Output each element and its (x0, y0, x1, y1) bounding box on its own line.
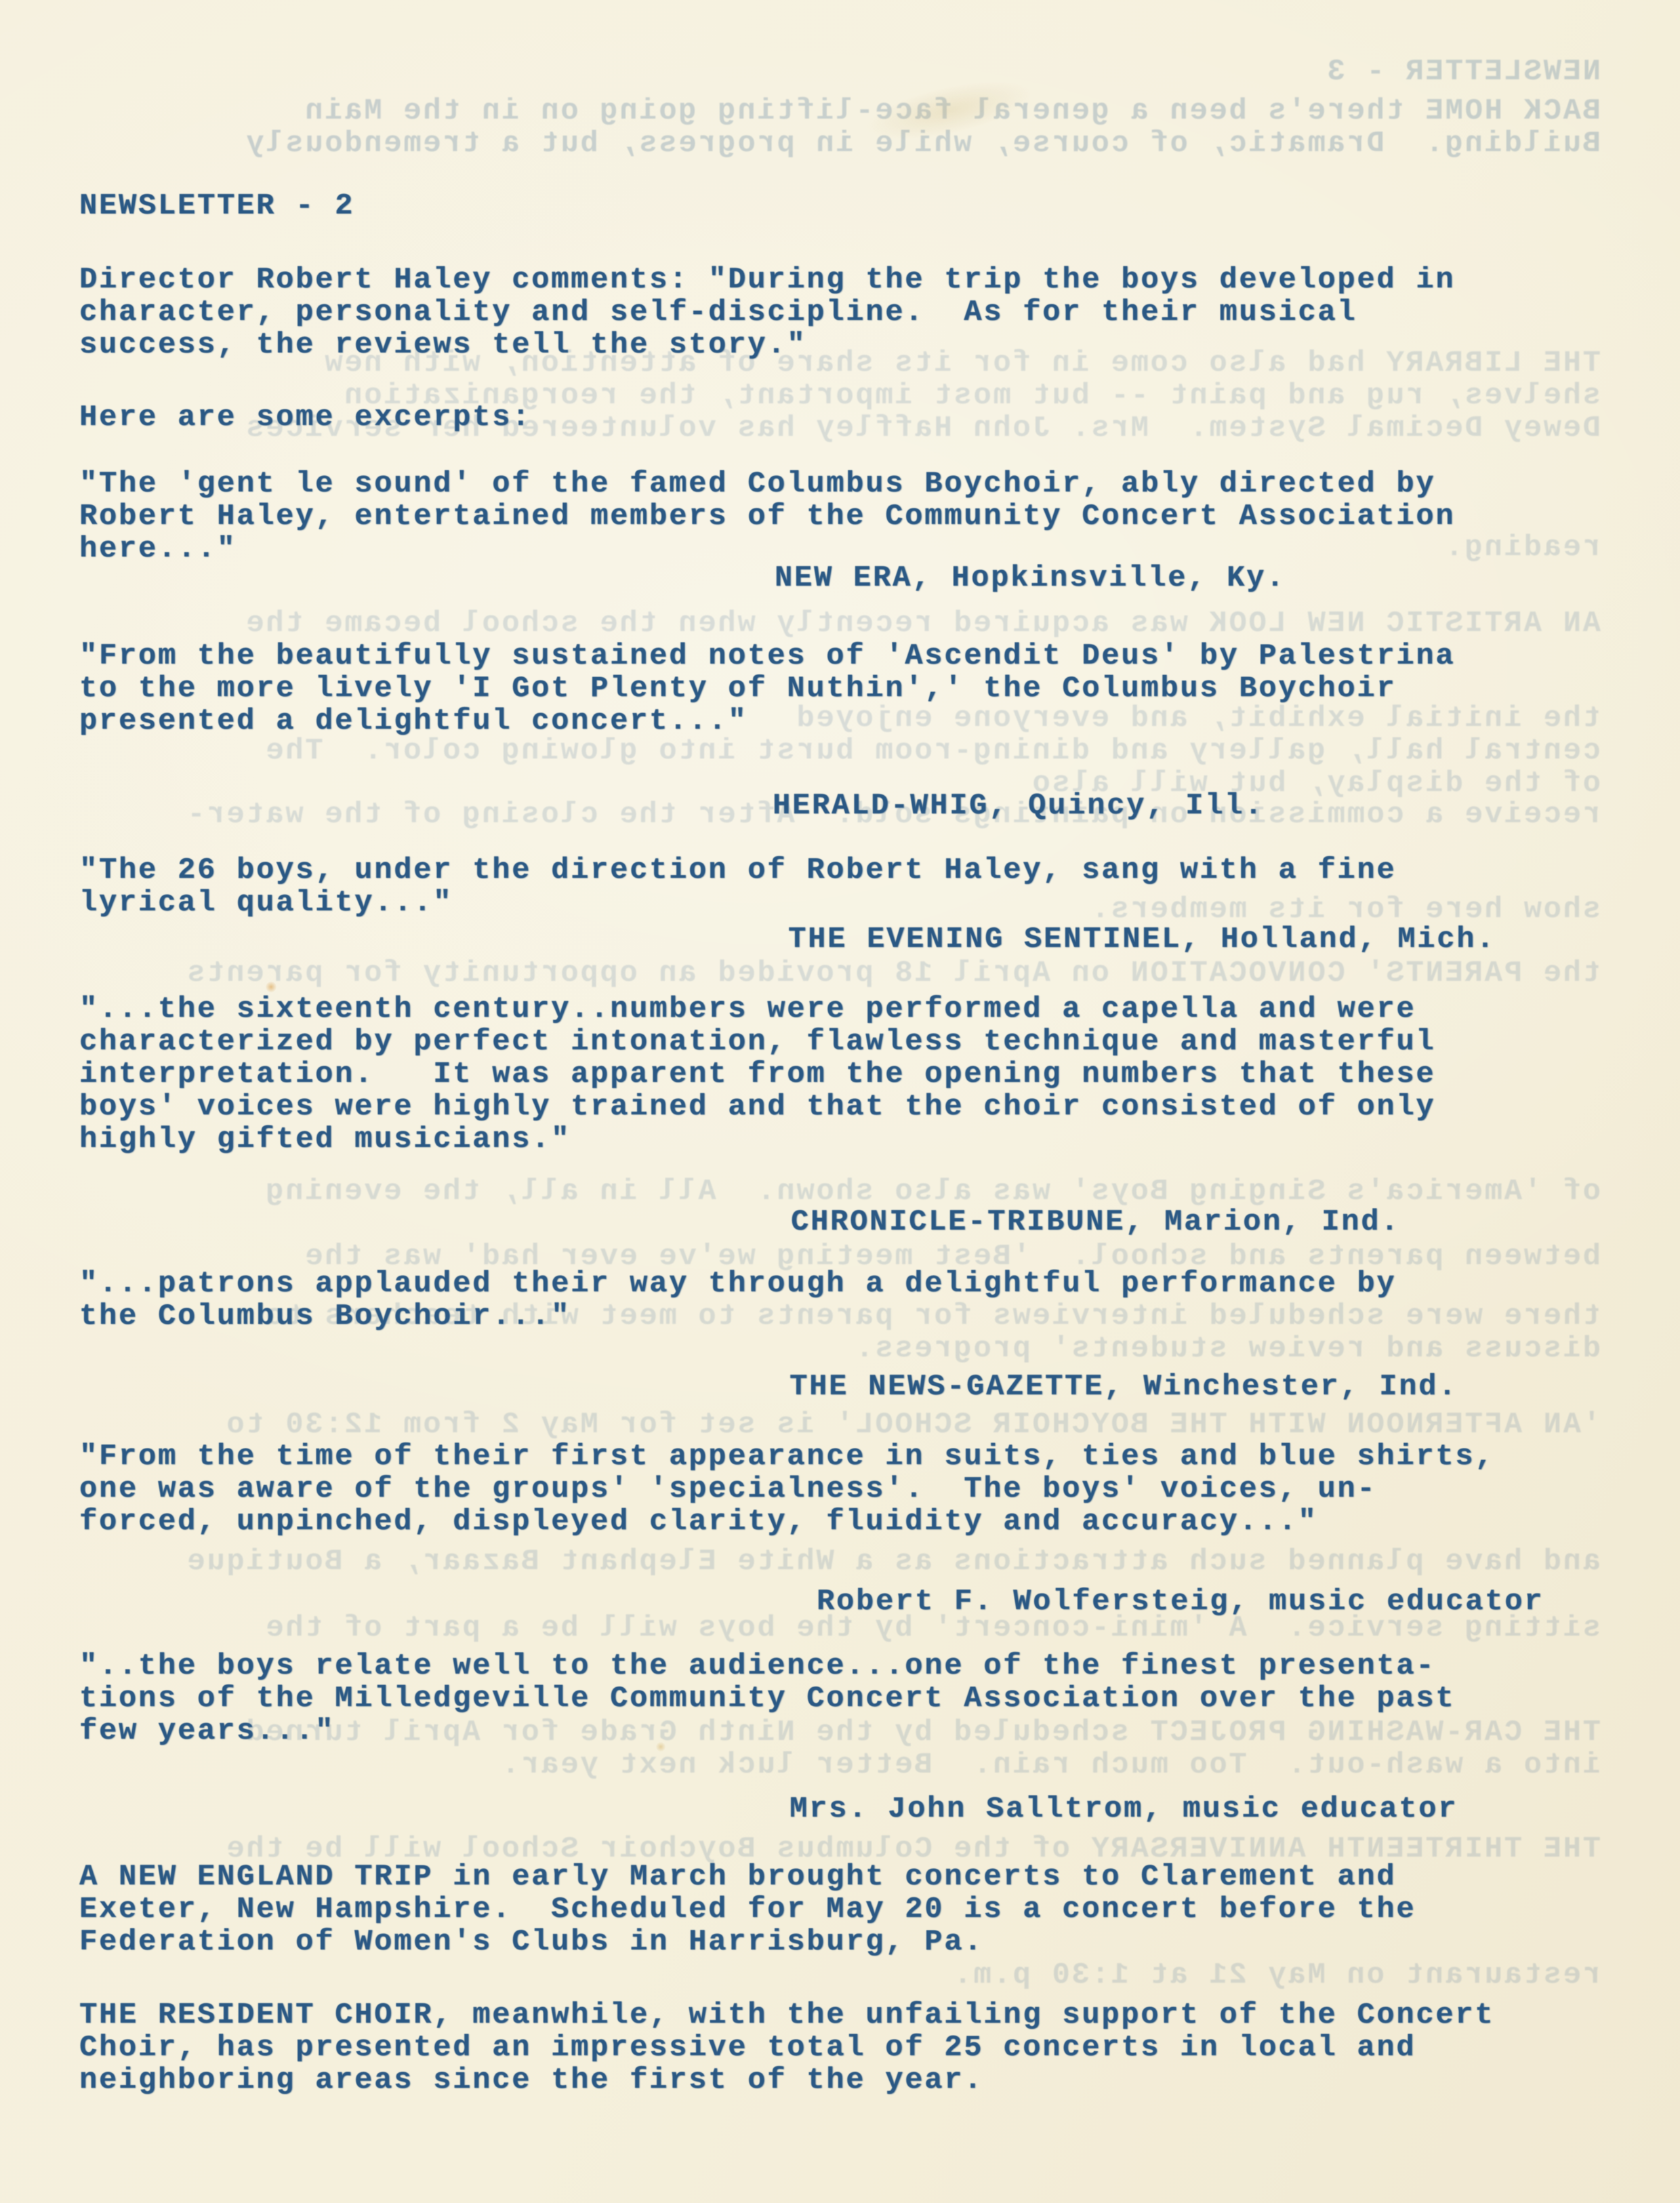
excerpt-attribution: CHRONICLE-TRIBUNE, Marion, Ind. (791, 1206, 1400, 1238)
resident-choir-paragraph: THE RESIDENT CHOIR, meanwhile, with the … (79, 1999, 1494, 2097)
intro-paragraph: Director Robert Haley comments: "During … (79, 264, 1455, 361)
excerpt-attribution: THE EVENING SENTINEL, Holland, Mich. (788, 923, 1496, 956)
page-title: NEWSLETTER - 2 (79, 190, 354, 222)
excerpts-lead-in: Here are some excerpts: (79, 401, 531, 434)
excerpt-quote: "...the sixteenth century..numbers were … (79, 993, 1435, 1156)
excerpt-attribution: THE NEWS-GAZETTE, Winchester, Ind. (790, 1371, 1458, 1403)
excerpt-attribution: NEW ERA, Hopkinsville, Ky. (775, 562, 1286, 594)
new-england-trip-paragraph: A NEW ENGLAND TRIP in early March brough… (79, 1861, 1416, 1958)
excerpt-attribution: HERALD-WHIG, Quincy, Ill. (773, 790, 1264, 822)
typewritten-text-layer: NEWSLETTER - 2 Director Robert Haley com… (0, 0, 1680, 2203)
excerpt-attribution: Mrs. John Salltrom, music educator (790, 1793, 1458, 1825)
excerpt-quote: "...patrons applauded their way through … (79, 1268, 1396, 1333)
excerpt-quote: "The 'gent le sound' of the famed Columb… (79, 468, 1455, 565)
excerpt-quote: "..the boys relate well to the audience.… (79, 1650, 1455, 1747)
excerpt-quote: "The 26 boys, under the direction of Rob… (79, 854, 1396, 919)
excerpt-quote: "From the time of their first appearance… (79, 1440, 1494, 1538)
excerpt-attribution: Robert F. Wolfersteig, music educator (817, 1585, 1544, 1618)
excerpt-quote: "From the beautifully sustained notes of… (79, 640, 1455, 737)
scanned-newsletter-page: NEWSLETTER - 3BACK HOME there's been a g… (0, 0, 1680, 2203)
